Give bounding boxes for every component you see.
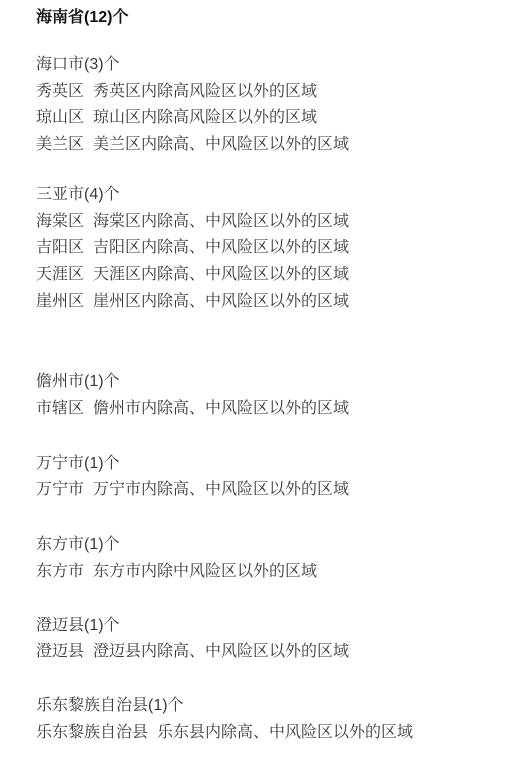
district-name: 琼山区 xyxy=(36,109,84,126)
district-description: 崖州区内除高、中风险区以外的区域 xyxy=(93,293,349,310)
district-entry: 天涯区天涯区内除高、中风险区以外的区域 xyxy=(36,262,498,289)
district-entry: 澄迈县澄迈县内除高、中风险区以外的区域 xyxy=(36,639,498,666)
district-entry: 秀英区秀英区内除高风险区以外的区域 xyxy=(36,79,498,106)
city-group-header: 东方市(1)个 xyxy=(36,532,498,559)
district-entry: 万宁市万宁市内除高、中风险区以外的区域 xyxy=(36,477,498,504)
district-entry: 吉阳区吉阳区内除高、中风险区以外的区域 xyxy=(36,235,498,262)
city-group-header: 万宁市(1)个 xyxy=(36,451,498,478)
city-group-header: 儋州市(1)个 xyxy=(36,369,498,396)
district-entry: 市辖区儋州市内除高、中风险区以外的区域 xyxy=(36,396,498,423)
district-description: 乐东县内除高、中风险区以外的区域 xyxy=(157,724,413,741)
district-description: 天涯区内除高、中风险区以外的区域 xyxy=(93,266,349,283)
province-title: 海南省(12)个 xyxy=(36,4,498,31)
city-group-sanya: 三亚市(4)个 海棠区海棠区内除高、中风险区以外的区域 吉阳区吉阳区内除高、中风… xyxy=(36,182,498,316)
district-description: 美兰区内除高、中风险区以外的区域 xyxy=(93,136,349,153)
district-entry: 海棠区海棠区内除高、中风险区以外的区域 xyxy=(36,209,498,236)
district-entry: 美兰区美兰区内除高、中风险区以外的区域 xyxy=(36,132,498,159)
city-group-header: 澄迈县(1)个 xyxy=(36,613,498,640)
district-name: 秀英区 xyxy=(36,83,84,100)
district-description: 万宁市内除高、中风险区以外的区域 xyxy=(93,481,349,498)
district-name: 市辖区 xyxy=(36,400,84,417)
district-name: 天涯区 xyxy=(36,266,84,283)
district-name: 吉阳区 xyxy=(36,239,84,256)
district-description: 儋州市内除高、中风险区以外的区域 xyxy=(93,400,349,417)
city-group-header: 三亚市(4)个 xyxy=(36,182,498,209)
district-entry: 乐东黎族自治县乐东县内除高、中风险区以外的区域 xyxy=(36,720,498,747)
district-description: 秀英区内除高风险区以外的区域 xyxy=(93,83,317,100)
city-group-danzhou: 儋州市(1)个 市辖区儋州市内除高、中风险区以外的区域 xyxy=(36,369,498,422)
city-group-chengmai: 澄迈县(1)个 澄迈县澄迈县内除高、中风险区以外的区域 xyxy=(36,613,498,666)
city-group-wanning: 万宁市(1)个 万宁市万宁市内除高、中风险区以外的区域 xyxy=(36,451,498,504)
district-description: 澄迈县内除高、中风险区以外的区域 xyxy=(93,643,349,660)
district-name: 乐东黎族自治县 xyxy=(36,724,148,741)
district-description: 东方市内除中风险区以外的区域 xyxy=(93,563,317,580)
district-name: 崖州区 xyxy=(36,293,84,310)
document-body: 海南省(12)个 海口市(3)个 秀英区秀英区内除高风险区以外的区域 琼山区琼山… xyxy=(0,0,518,746)
district-name: 澄迈县 xyxy=(36,643,84,660)
city-group-header: 乐东黎族自治县(1)个 xyxy=(36,693,498,720)
district-name: 海棠区 xyxy=(36,213,84,230)
district-description: 海棠区内除高、中风险区以外的区域 xyxy=(93,213,349,230)
district-entry: 崖州区崖州区内除高、中风险区以外的区域 xyxy=(36,289,498,316)
district-name: 美兰区 xyxy=(36,136,84,153)
district-entry: 琼山区琼山区内除高风险区以外的区域 xyxy=(36,105,498,132)
city-group-dongfang: 东方市(1)个 东方市东方市内除中风险区以外的区域 xyxy=(36,532,498,585)
district-entry: 东方市东方市内除中风险区以外的区域 xyxy=(36,559,498,586)
city-group-haikou: 海口市(3)个 秀英区秀英区内除高风险区以外的区域 琼山区琼山区内除高风险区以外… xyxy=(36,52,498,159)
district-name: 万宁市 xyxy=(36,481,84,498)
city-group-ledong: 乐东黎族自治县(1)个 乐东黎族自治县乐东县内除高、中风险区以外的区域 xyxy=(36,693,498,746)
district-description: 琼山区内除高风险区以外的区域 xyxy=(93,109,317,126)
district-description: 吉阳区内除高、中风险区以外的区域 xyxy=(93,239,349,256)
city-group-header: 海口市(3)个 xyxy=(36,52,498,79)
district-name: 东方市 xyxy=(36,563,84,580)
